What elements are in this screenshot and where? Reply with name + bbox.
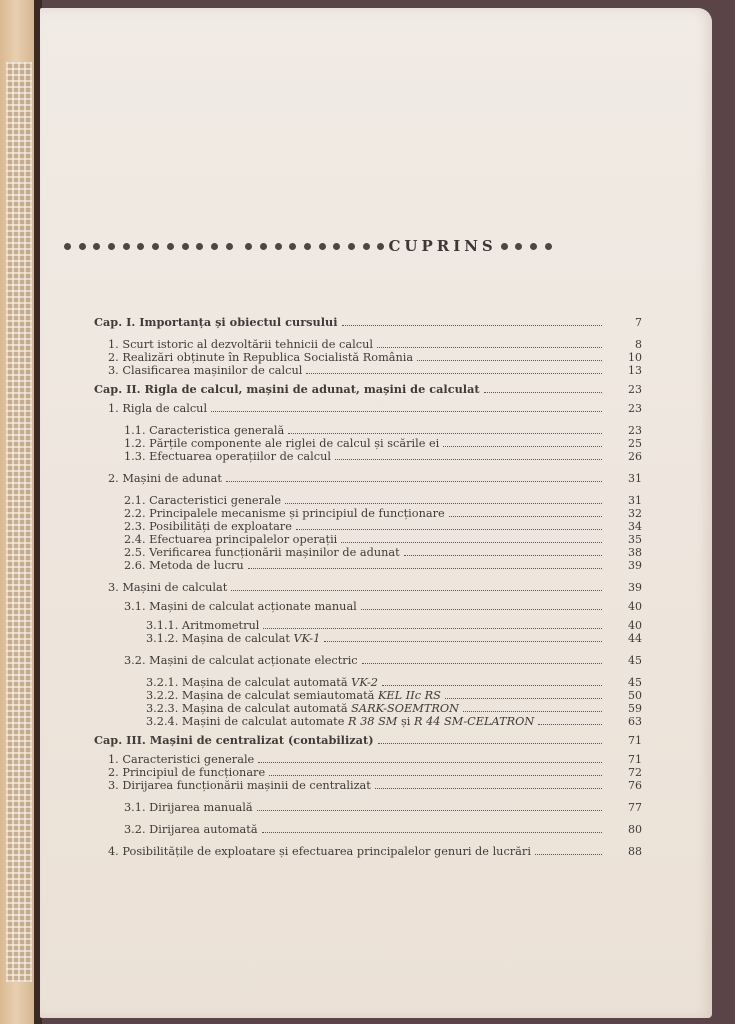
page-number: 71 — [602, 753, 642, 766]
toc-entry-label: 1. Caracteristici generale — [108, 753, 258, 766]
page-number: 31 — [602, 472, 642, 485]
toc-entry-label: 1. Scurt istoric al dezvoltării tehnicii… — [108, 338, 377, 351]
toc-entry-label: 3.1. Dirijarea manuală — [124, 801, 257, 814]
page-number: 50 — [602, 689, 642, 702]
dot-leader — [378, 743, 602, 744]
page-number: 72 — [602, 766, 642, 779]
toc-entry: 3.2. Dirijarea automată80 — [94, 823, 642, 836]
dot-leader — [538, 724, 602, 725]
toc-entry-label: 2.6. Metoda de lucru — [124, 559, 248, 572]
model-name: R 44 SM-CELATRON — [414, 715, 534, 728]
toc-entry: 3.2.4. Mașini de calculat automate R 38 … — [94, 715, 642, 728]
toc-entry: 3.2.2. Mașina de calculat semiautomată K… — [94, 689, 642, 702]
toc-entry-label: 2.5. Verificarea funcționării mașinilor … — [124, 546, 404, 559]
toc-entry-label: 2. Realizări obținute în Republica Socia… — [108, 351, 417, 364]
model-name: VK-2 — [351, 676, 378, 689]
page-number: 39 — [602, 581, 642, 594]
toc-entry: 3.1. Dirijarea manuală77 — [94, 801, 642, 814]
toc-entry: 3.2. Mașini de calculat acționate electr… — [94, 654, 642, 667]
dot-leader — [362, 663, 602, 664]
toc-entry: 3. Dirijarea funcționării mașinii de cen… — [94, 779, 642, 792]
model-name: VK-1 — [294, 632, 321, 645]
toc-entry: 2.6. Metoda de lucru39 — [94, 559, 642, 572]
toc-entry: 1. Caracteristici generale71 — [94, 753, 642, 766]
dot-leader — [324, 641, 602, 642]
page-number: 23 — [602, 402, 642, 415]
toc-entry: Cap. III. Mașini de centralizat (contabi… — [94, 734, 642, 747]
decorative-dots-left — [64, 243, 384, 250]
toc-entry-label: 1. Rigla de calcul — [108, 402, 211, 415]
toc-entry-label: 2.1. Caracteristici generale — [124, 494, 285, 507]
page-number: 7 — [602, 316, 642, 329]
page-number: 10 — [602, 351, 642, 364]
dot-leader — [226, 481, 602, 482]
dot-leader — [445, 698, 602, 699]
page-number: 88 — [602, 845, 642, 858]
dot-leader — [263, 628, 602, 629]
dot-leader — [262, 832, 602, 833]
dot-leader — [382, 685, 602, 686]
page-number: 13 — [602, 364, 642, 377]
decorative-dots-right — [501, 243, 552, 250]
page-number: 40 — [602, 619, 642, 632]
toc-entry-label: 1.1. Caracteristica generală — [124, 424, 288, 437]
toc-entry: 2.3. Posibilități de exploatare34 — [94, 520, 642, 533]
dot-leader — [342, 325, 602, 326]
dot-leader — [285, 503, 602, 504]
toc-title: CUPRINS — [388, 237, 496, 255]
toc-entry: 3.1.2. Mașina de calculat VK-144 — [94, 632, 642, 645]
toc-entry-label: 3.1.1. Aritmometrul — [146, 619, 263, 632]
toc-entry: 2. Principiul de funcționare72 — [94, 766, 642, 779]
dot-leader — [463, 711, 602, 712]
table-of-contents: Cap. I. Importanța și obiectul cursului7… — [94, 316, 642, 858]
dot-leader — [484, 392, 602, 393]
dot-leader — [335, 459, 602, 460]
toc-entry-label: 3. Dirijarea funcționării mașinii de cen… — [108, 779, 375, 792]
page-number: 8 — [602, 338, 642, 351]
toc-entry: 4. Posibilitățile de exploatare și efect… — [94, 845, 642, 858]
toc-entry: 1. Rigla de calcul23 — [94, 402, 642, 415]
page-number: 23 — [602, 383, 642, 396]
toc-entry: 2. Realizări obținute în Republica Socia… — [94, 351, 642, 364]
toc-entry-label: 3.1.2. Mașina de calculat VK-1 — [146, 632, 324, 645]
dot-leader — [375, 788, 602, 789]
toc-entry-label: 3. Clasificarea mașinilor de calcul — [108, 364, 306, 377]
toc-entry-label: Cap. III. Mașini de centralizat (contabi… — [94, 734, 378, 747]
dot-leader — [257, 810, 602, 811]
toc-entry: 3.2.1. Mașina de calculat automată VK-24… — [94, 676, 642, 689]
page-number: 35 — [602, 533, 642, 546]
toc-entry: 2.5. Verificarea funcționării mașinilor … — [94, 546, 642, 559]
toc-entry-label: 2.2. Principalele mecanisme și principiu… — [124, 507, 449, 520]
toc-entry-label: 2.4. Efectuarea principalelor operații — [124, 533, 341, 546]
toc-entry-label: 1.2. Părțile componente ale riglei de ca… — [124, 437, 443, 450]
dot-leader — [417, 360, 602, 361]
toc-entry: 1.1. Caracteristica generală23 — [94, 424, 642, 437]
toc-entry-label: Cap. I. Importanța și obiectul cursului — [94, 316, 342, 329]
dot-leader — [377, 347, 602, 348]
toc-entry-label: 2.3. Posibilități de exploatare — [124, 520, 296, 533]
page-number: 39 — [602, 559, 642, 572]
dot-leader — [231, 590, 602, 591]
toc-entry-label: 4. Posibilitățile de exploatare și efect… — [108, 845, 535, 858]
dot-leader — [248, 568, 602, 569]
page-number: 80 — [602, 823, 642, 836]
page-number: 44 — [602, 632, 642, 645]
toc-heading-row: CUPRINS — [64, 234, 689, 258]
toc-entry-label: 3.2.3. Mașina de calculat automată SARK-… — [146, 702, 463, 715]
page-number: 31 — [602, 494, 642, 507]
page-number: 76 — [602, 779, 642, 792]
page-number: 34 — [602, 520, 642, 533]
page-number: 32 — [602, 507, 642, 520]
toc-entry-label: 3.2. Mașini de calculat acționate electr… — [124, 654, 362, 667]
toc-entry-label: 2. Principiul de funcționare — [108, 766, 269, 779]
toc-entry-label: 3. Mașini de calculat — [108, 581, 231, 594]
toc-entry-label: 1.3. Efectuarea operațiilor de calcul — [124, 450, 335, 463]
toc-entry: 3. Mașini de calculat39 — [94, 581, 642, 594]
page-number: 59 — [602, 702, 642, 715]
dot-leader — [288, 433, 602, 434]
dot-leader — [404, 555, 602, 556]
model-name: KEL IIc RS — [378, 689, 441, 702]
toc-entry-label: 3.2.2. Mașina de calculat semiautomată K… — [146, 689, 445, 702]
page-number: 25 — [602, 437, 642, 450]
toc-entry: 2.1. Caracteristici generale31 — [94, 494, 642, 507]
toc-entry-label: 3.2.1. Mașina de calculat automată VK-2 — [146, 676, 382, 689]
toc-entry-label: 3.1. Mașini de calculat acționate manual — [124, 600, 361, 613]
page-number: 26 — [602, 450, 642, 463]
dot-leader — [296, 529, 602, 530]
dot-leader — [449, 516, 602, 517]
page-number: 63 — [602, 715, 642, 728]
page-number: 77 — [602, 801, 642, 814]
dot-leader — [341, 542, 602, 543]
page-number: 38 — [602, 546, 642, 559]
toc-entry-label: Cap. II. Rigla de calcul, mașini de adun… — [94, 383, 484, 396]
page-number: 23 — [602, 424, 642, 437]
dot-leader — [211, 411, 602, 412]
toc-entry: Cap. II. Rigla de calcul, mașini de adun… — [94, 383, 642, 396]
page-number: 71 — [602, 734, 642, 747]
binding-mesh — [6, 62, 32, 982]
toc-entry: Cap. I. Importanța și obiectul cursului7 — [94, 316, 642, 329]
dot-leader — [269, 775, 602, 776]
toc-entry: 1.3. Efectuarea operațiilor de calcul26 — [94, 450, 642, 463]
toc-entry-label: 3.2.4. Mașini de calculat automate R 38 … — [146, 715, 538, 728]
toc-entry: 2. Mașini de adunat31 — [94, 472, 642, 485]
model-name: R 38 SM — [348, 715, 397, 728]
dot-leader — [535, 854, 602, 855]
toc-entry: 3.1.1. Aritmometrul40 — [94, 619, 642, 632]
model-name: SARK-SOEMTRON — [351, 702, 459, 715]
toc-entry: 1.2. Părțile componente ale riglei de ca… — [94, 437, 642, 450]
toc-entry: 1. Scurt istoric al dezvoltării tehnicii… — [94, 338, 642, 351]
dot-leader — [258, 762, 602, 763]
toc-entry: 3.2.3. Mașina de calculat automată SARK-… — [94, 702, 642, 715]
page-number: 40 — [602, 600, 642, 613]
dot-leader — [443, 446, 602, 447]
toc-entry: 3.1. Mașini de calculat acționate manual… — [94, 600, 642, 613]
toc-entry-label: 3.2. Dirijarea automată — [124, 823, 262, 836]
toc-entry: 3. Clasificarea mașinilor de calcul13 — [94, 364, 642, 377]
page-number: 45 — [602, 676, 642, 689]
dot-leader — [306, 373, 602, 374]
toc-entry-label: 2. Mașini de adunat — [108, 472, 226, 485]
toc-entry: 2.4. Efectuarea principalelor operații35 — [94, 533, 642, 546]
toc-entry: 2.2. Principalele mecanisme și principiu… — [94, 507, 642, 520]
page-number: 45 — [602, 654, 642, 667]
dot-leader — [361, 609, 602, 610]
